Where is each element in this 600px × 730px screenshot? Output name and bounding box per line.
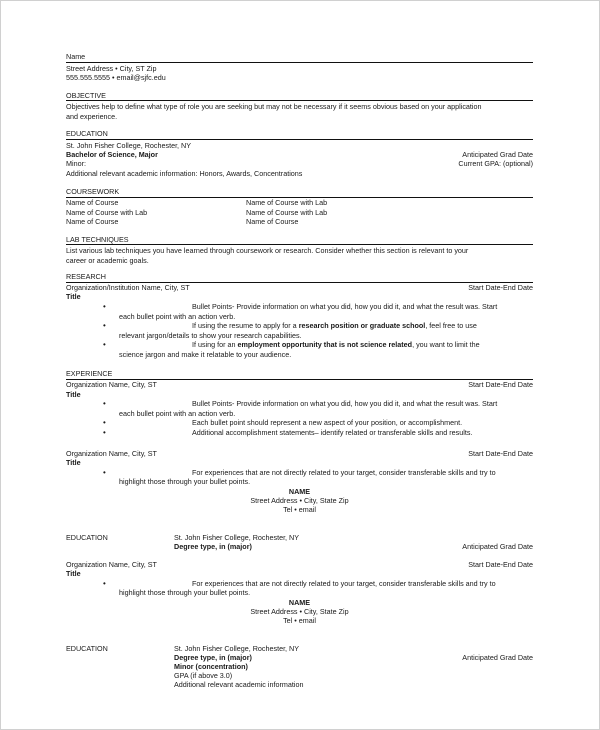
education2-degree: Degree type, in (major): [174, 542, 252, 552]
experience2-dates: Start Date-End Date: [468, 449, 533, 459]
resume-page: Name Street Address • City, ST Zip 555.5…: [0, 0, 600, 730]
bullet-icon: •: [103, 418, 106, 428]
research-heading: RESEARCH: [66, 272, 106, 282]
education3-heading: EDUCATION: [66, 644, 108, 654]
course-item: Name of Course: [66, 217, 118, 227]
lab-techniques-line2: career or academic goals.: [66, 256, 149, 266]
bullet-icon: •: [103, 579, 106, 589]
experience-heading: EXPERIENCE: [66, 369, 112, 379]
experience2-bullet-line2: highlight those through your bullet poin…: [119, 477, 250, 487]
header-divider: [66, 62, 533, 63]
experience-bullet-1-line1: Bullet Points- Provide information on wh…: [192, 399, 497, 409]
contact-block-contact: Tel • email: [66, 505, 533, 515]
education2-heading: EDUCATION: [66, 533, 108, 543]
header-contact: 555.555.5555 • email@sjfc.edu: [66, 73, 166, 83]
lab-techniques-line1: List various lab techniques you have lea…: [66, 246, 468, 256]
objective-text-line2: and experience.: [66, 112, 117, 122]
education-gpa: Current GPA: (optional): [458, 159, 533, 169]
resume-name: Name: [66, 52, 85, 62]
education-heading: EDUCATION: [66, 129, 108, 139]
research-bullet-3-line1: If using for an employment opportunity t…: [192, 340, 480, 350]
education-minor: Minor:: [66, 159, 86, 169]
research-org: Organization/Institution Name, City, ST: [66, 283, 190, 293]
bullet-icon: •: [103, 468, 106, 478]
research-title: Title: [66, 292, 81, 302]
education3-additional: Additional relevant academic information: [174, 680, 303, 690]
course-item: Name of Course: [66, 198, 118, 208]
experience3-title: Title: [66, 569, 81, 579]
research-dates: Start Date-End Date: [468, 283, 533, 293]
education2-grad-date: Anticipated Grad Date: [462, 542, 533, 552]
bullet-icon: •: [103, 321, 106, 331]
research-bullet-2-line1: If using the resume to apply for a resea…: [192, 321, 477, 331]
experience3-dates: Start Date-End Date: [468, 560, 533, 570]
objective-divider: [66, 100, 533, 101]
course-item: Name of Course: [246, 217, 298, 227]
lab-techniques-divider: [66, 244, 533, 245]
research-bullet-3-line2: science jargon and make it relatable to …: [119, 350, 291, 360]
bullet-icon: •: [103, 340, 106, 350]
experience-title: Title: [66, 390, 81, 400]
education-additional: Additional relevant academic information…: [66, 169, 302, 179]
bullet-icon: •: [103, 399, 106, 409]
course-item: Name of Course with Lab: [246, 198, 327, 208]
education3-grad-date: Anticipated Grad Date: [462, 653, 533, 663]
experience-bullet-2: Each bullet point should represent a new…: [192, 418, 462, 428]
education-divider: [66, 139, 533, 140]
experience2-title: Title: [66, 458, 81, 468]
bullet-icon: •: [103, 302, 106, 312]
experience3-bullet-line2: highlight those through your bullet poin…: [119, 588, 250, 598]
experience-org: Organization Name, City, ST: [66, 380, 157, 390]
objective-text-line1: Objectives help to define what type of r…: [66, 102, 482, 112]
coursework-heading: COURSEWORK: [66, 187, 119, 197]
experience-dates: Start Date-End Date: [468, 380, 533, 390]
contact-block-contact: Tel • email: [66, 616, 533, 626]
bullet-icon: •: [103, 428, 106, 438]
research-bullet-1-line1: Bullet Points- Provide information on wh…: [192, 302, 497, 312]
experience-bullet-3: Additional accomplishment statements– id…: [192, 428, 472, 438]
